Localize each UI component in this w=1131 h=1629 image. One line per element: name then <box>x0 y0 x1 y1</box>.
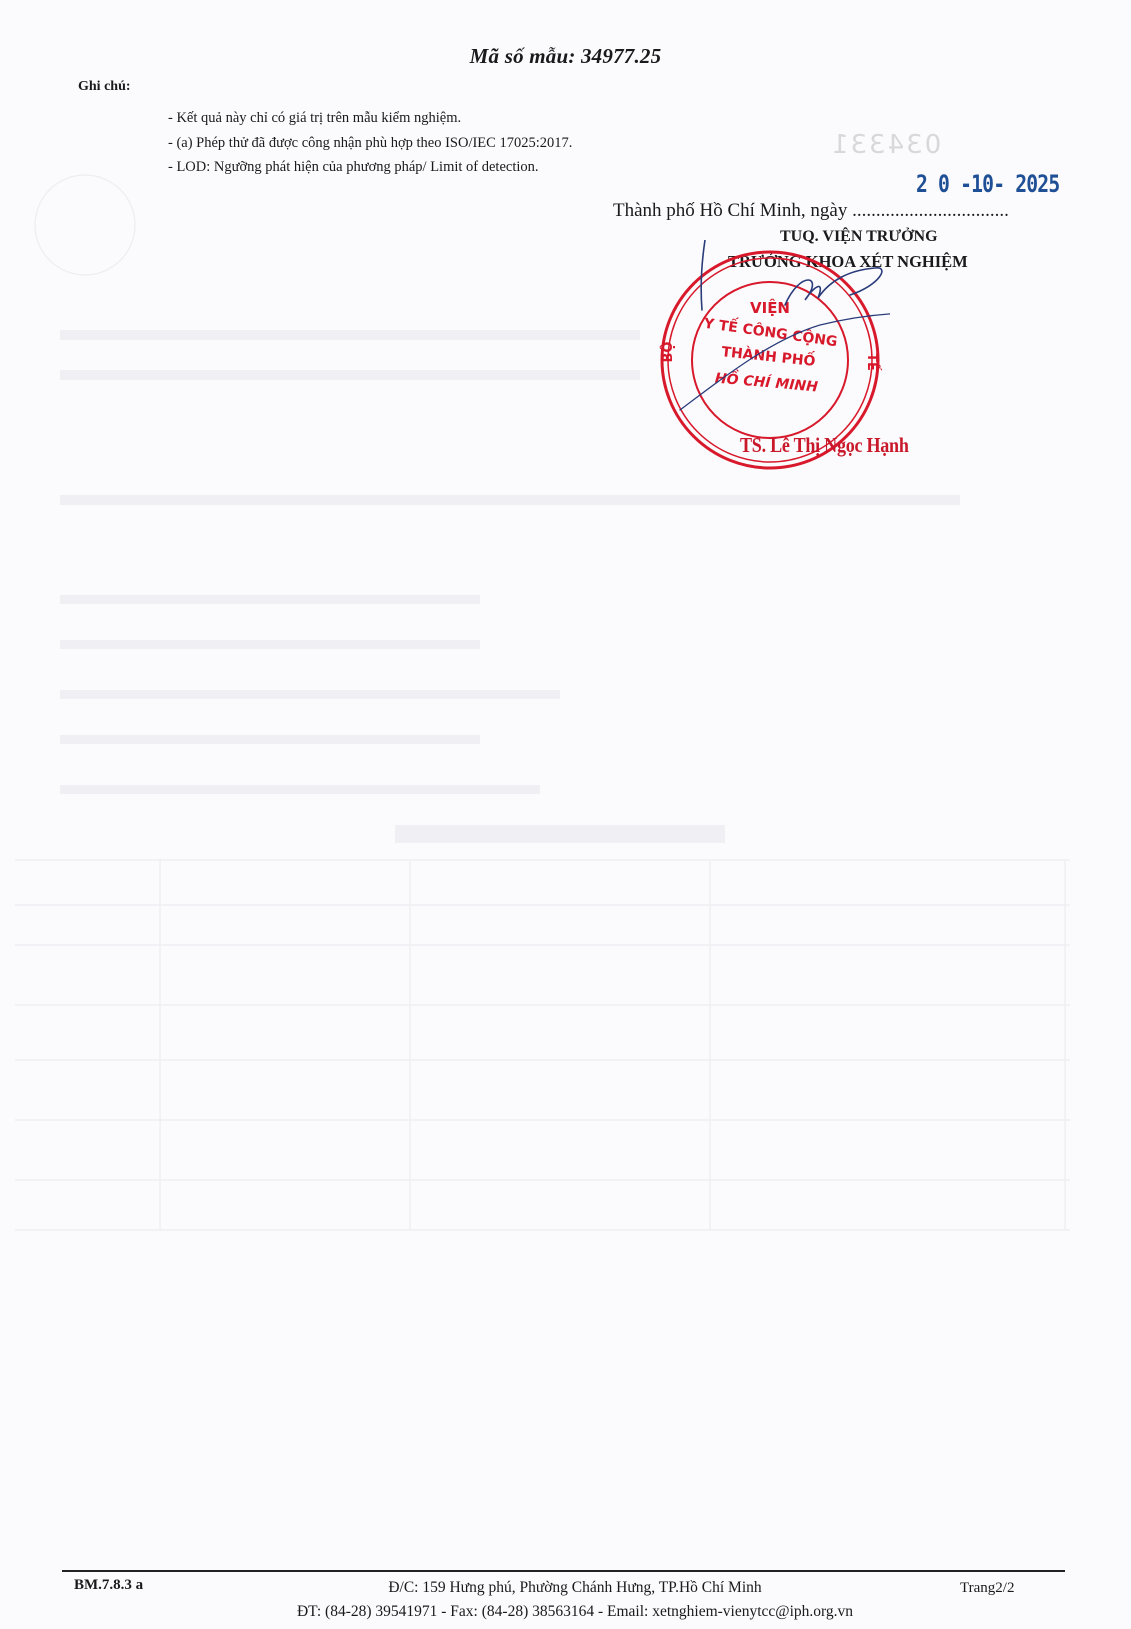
footer-address: Đ/C: 159 Hưng phú, Phường Chánh Hưng, TP… <box>160 1576 990 1600</box>
footer-contact: ĐT: (84-28) 39541971 - Fax: (84-28) 3856… <box>160 1600 990 1624</box>
notes-label: Ghi chú: <box>78 79 131 95</box>
note-item: - LOD: Ngưỡng phát hiện của phương pháp/… <box>168 155 572 180</box>
faint-stamp-number: 034331 <box>830 130 941 160</box>
page-number: Trang2/2 <box>960 1580 1014 1597</box>
signer-name: TS. Lê Thị Ngọc Hạnh <box>740 433 909 458</box>
place-and-date-line: Thành phố Hồ Chí Minh, ngày ............… <box>613 200 1009 222</box>
form-code: BM.7.8.3 a <box>74 1577 143 1594</box>
sample-code-title: Mã số mẫu: 34977.25 <box>0 44 1131 69</box>
footer-contact-block: Đ/C: 159 Hưng phú, Phường Chánh Hưng, TP… <box>160 1576 990 1624</box>
bleed-through-background <box>0 0 1131 1629</box>
seal-line1: VIỆN <box>750 297 790 317</box>
seal-outer-left: BỘ <box>660 342 676 363</box>
seal-line4: HỒ CHÍ MINH <box>714 368 819 396</box>
note-item: - (a) Phép thử đã được công nhận phù hợp… <box>168 131 572 156</box>
footer-divider <box>62 1570 1065 1572</box>
note-item: - Kết quả này chỉ có giá trị trên mẫu ki… <box>168 106 572 131</box>
notes-list: - Kết quả này chỉ có giá trị trên mẫu ki… <box>168 106 572 180</box>
seal-outer-right: TẾ <box>864 353 881 371</box>
date-stamp: 2 0 -10- 2025 <box>916 170 1059 198</box>
